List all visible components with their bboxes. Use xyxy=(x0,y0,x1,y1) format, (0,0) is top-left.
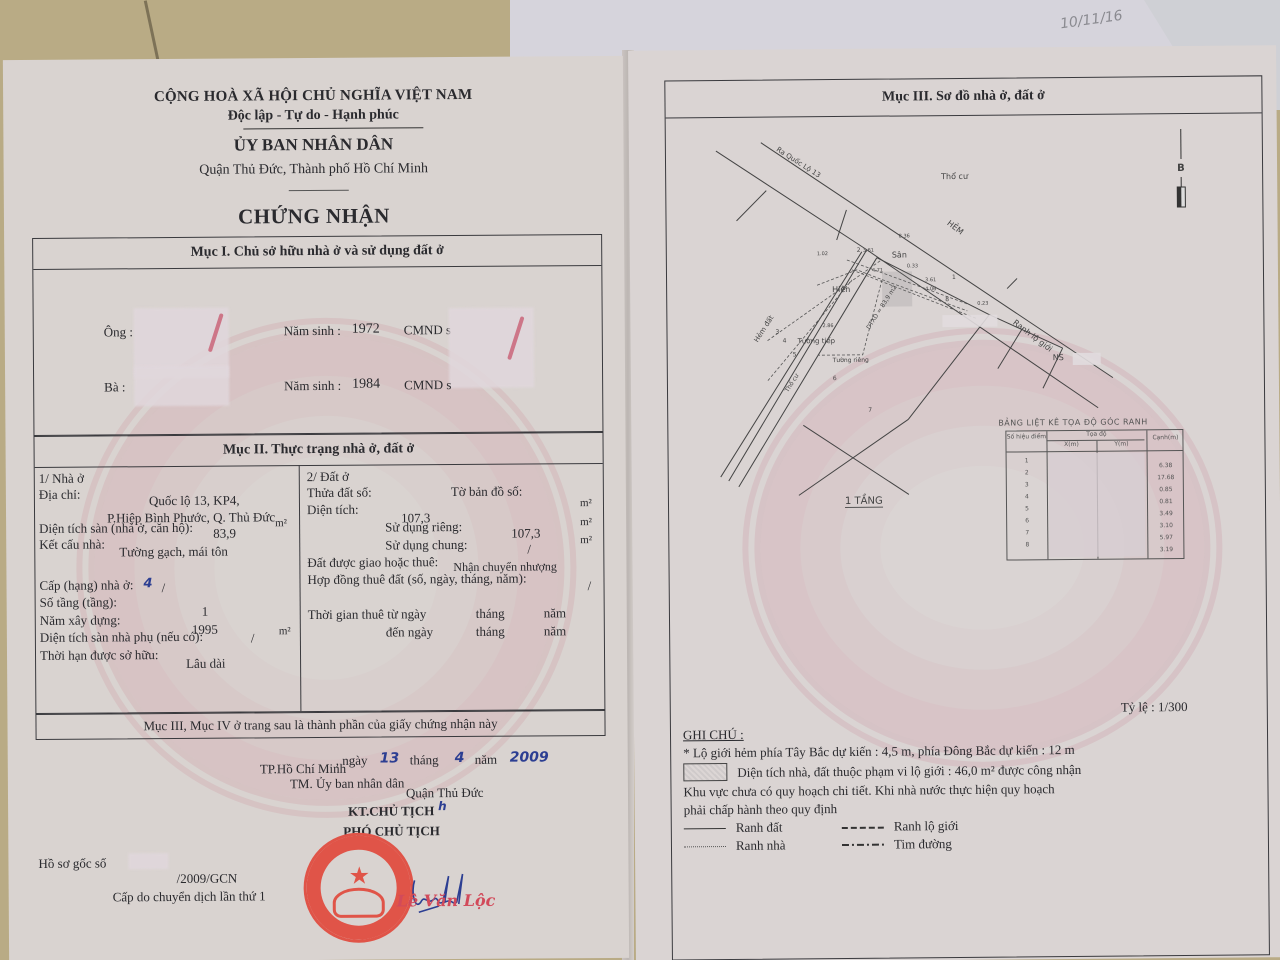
legend-dotted-line xyxy=(684,846,726,847)
road-label: Ra Quốc Lộ 13 xyxy=(775,145,822,179)
record-label: Hồ sơ gốc số xyxy=(38,855,106,871)
section-property-title: Mục II. Thực trạng nhà ở, đất ở xyxy=(35,440,603,460)
svg-text:Tường tiếp: Tường tiếp xyxy=(797,337,836,345)
legend-house-boundary: Ranh nhà xyxy=(736,838,786,854)
coord-row-point: 5 xyxy=(1007,505,1047,512)
note-line4: phải chấp hành theo quy định xyxy=(684,801,838,818)
svg-text:7: 7 xyxy=(868,407,872,414)
crest-icon xyxy=(333,888,385,918)
year-label: năm xyxy=(475,752,498,768)
initials: h xyxy=(438,799,447,813)
header-divider xyxy=(289,190,349,191)
shared-use-value: / xyxy=(527,542,531,558)
record-number-redacted xyxy=(128,853,168,869)
floors-value: 1 xyxy=(202,604,209,620)
owner2-prefix: Bà : xyxy=(104,379,125,395)
coord-row-length: 3.10 xyxy=(1147,522,1185,529)
coord-row-point: 3 xyxy=(1007,481,1047,488)
section-owners-title: Mục I. Chủ sở hữu nhà ở và sử dụng đất ở xyxy=(33,242,601,262)
coord-row-length: 0.81 xyxy=(1147,498,1185,505)
signer-name: Lê Văn Lộc xyxy=(397,891,496,911)
svg-text:HẺM: HẺM xyxy=(945,217,966,237)
owner2-name-redacted xyxy=(134,366,229,407)
house-heading: 1/ Nhà ở xyxy=(39,471,84,487)
certificate-title: CHỨNG NHẬN xyxy=(4,202,624,231)
svg-text:3.61: 3.61 xyxy=(863,248,874,254)
section-diagram: Mục III. Sơ đồ nhà ở, đất ở B xyxy=(664,75,1270,960)
svg-text:1.02: 1.02 xyxy=(817,251,828,257)
coord-row-length: 17.68 xyxy=(1147,474,1185,481)
aux-area-unit: m² xyxy=(279,625,291,637)
day-label: , ngày xyxy=(336,753,368,769)
coord-table-title: BẢNG LIỆT KÊ TỌA ĐỘ GÓC RANH xyxy=(998,417,1147,427)
structure-label: Kết cấu nhà: xyxy=(39,536,105,552)
legend-road-boundary: Ranh lộ giới xyxy=(894,818,959,835)
lease-contract-value: / xyxy=(587,578,591,594)
svg-text:Thổ cư: Thổ cư xyxy=(783,372,801,395)
coord-row-length: 6.38 xyxy=(1147,462,1185,469)
col-length-header: Cạnh(m) xyxy=(1146,434,1184,441)
coords-redacted xyxy=(1049,452,1146,557)
coord-row-point: 6 xyxy=(1007,517,1047,524)
certificate-left-page: CỘNG HOÀ XÃ HỘI CHỦ NGHĨA VIỆT NAM Độc l… xyxy=(3,56,629,960)
svg-text:5: 5 xyxy=(793,351,797,358)
scale: Tỷ lệ : 1/300 xyxy=(1121,699,1188,716)
shared-use-unit: m² xyxy=(580,534,592,546)
private-use-value: 107,3 xyxy=(511,525,540,541)
private-use-label: Sử dụng riêng: xyxy=(385,519,462,536)
owner1-prefix: Ông : xyxy=(104,324,133,340)
floors-label: 1 TẦNG xyxy=(845,496,883,508)
aux-area-value: / xyxy=(251,630,255,646)
notes-heading: GHI CHÚ : xyxy=(683,727,744,744)
legend-solid-line xyxy=(684,828,726,829)
coord-row-point: 8 xyxy=(1007,541,1047,548)
lease-to-month: tháng xyxy=(476,624,505,640)
ownership-term-label: Thời hạn được sở hữu: xyxy=(40,647,159,664)
star-icon: ★ xyxy=(348,862,370,891)
legend-dash-dot-line xyxy=(842,842,884,848)
note-line3: Khu vực chưa có quy hoạch chi tiết. Khi … xyxy=(683,781,1054,800)
legend-road-center: Tim đường xyxy=(894,836,952,853)
floors-label: Số tầng (tầng): xyxy=(40,594,117,611)
footer-note: Mục III, Mục IV ở trang sau là thành phầ… xyxy=(36,715,604,735)
district-title: Quận Thủ Đức, Thành phố Hồ Chí Minh xyxy=(4,160,624,180)
allocation-label: Đất được giao hoặc thuê: xyxy=(307,554,438,571)
coord-row-length: 5.97 xyxy=(1147,534,1185,541)
note-line2: Diện tích nhà, đất thuộc phạm vi lộ giới… xyxy=(737,762,1081,781)
floor-area-label: Diện tích sàn (nhà ở, căn hộ): xyxy=(39,520,193,537)
desk-seam xyxy=(144,0,159,59)
owner2-id-label: CMND s xyxy=(404,377,451,393)
grade-label: Cấp (hạng) nhà ở: xyxy=(39,577,133,594)
month-value: 4 xyxy=(455,750,465,766)
lease-from-year: năm xyxy=(544,605,567,621)
committee-title: ỦY BAN NHÂN DÂN xyxy=(3,133,623,157)
svg-text:Hiên: Hiên xyxy=(832,284,850,294)
lease-contract-label: Hợp đồng thuê đất (số, ngày, tháng, năm)… xyxy=(307,571,526,589)
certificate-right-page: Mục III. Sơ đồ nhà ở, đất ở B xyxy=(628,45,1280,960)
col-coords-header: Tọa độ xyxy=(1046,430,1146,438)
coord-row-length: 3.19 xyxy=(1147,546,1185,553)
lease-from-month: tháng xyxy=(476,606,505,622)
col-x-header: X(m) xyxy=(1046,441,1096,448)
year-built-label: Năm xây dựng: xyxy=(40,612,121,629)
aux-area-label: Diện tích sàn nhà phụ (nếu có): xyxy=(40,629,203,646)
owner1-id-label: CMND s xyxy=(404,322,451,338)
parcel-label: Thửa đất số: xyxy=(307,485,372,501)
svg-text:NS: NS xyxy=(1053,353,1064,362)
for-chairman: KT.CHỦ TỊCH xyxy=(348,803,434,820)
svg-text:8.36: 8.36 xyxy=(899,233,910,239)
coord-row-point: 4 xyxy=(1007,493,1047,500)
day-value: 13 xyxy=(380,750,400,766)
col-point-header: Số hiệu điểm xyxy=(1006,431,1046,440)
svg-text:Hẻm đất: Hẻm đất xyxy=(753,314,776,344)
address-label: Địa chỉ: xyxy=(39,487,81,503)
floor-area-unit: m² xyxy=(275,517,287,529)
land-area-label: Diện tích: xyxy=(307,502,359,518)
boundary-area-swatch xyxy=(683,763,727,781)
transfer-note: Cấp do chuyển dịch lần thứ 1 xyxy=(113,888,266,905)
coord-row-length: 0.85 xyxy=(1147,486,1185,493)
owner1-birth-year: 1972 xyxy=(352,322,380,338)
coord-row-point: 7 xyxy=(1007,529,1047,536)
note-line1: * Lộ giới hẻm phía Tây Bắc dự kiến : 4,5… xyxy=(683,742,1075,761)
svg-text:Thổ cư: Thổ cư xyxy=(940,171,969,181)
svg-text:1: 1 xyxy=(952,274,956,281)
coord-table: Số hiệu điểm Tọa độ X(m) Y(m) Cạnh(m) 16… xyxy=(1005,429,1184,561)
year-value: 2009 xyxy=(510,749,549,765)
divider xyxy=(35,463,603,468)
owner1-birth-label: Năm sinh : xyxy=(284,323,341,339)
svg-text:0.23: 0.23 xyxy=(977,301,988,307)
legend-dashed-line xyxy=(842,827,884,829)
section-owners: Mục I. Chủ sở hữu nhà ở và sử dụng đất ở… xyxy=(32,234,603,436)
svg-text:Sân: Sân xyxy=(892,250,907,259)
grade-value: 4 xyxy=(143,576,152,591)
private-use-unit: m² xyxy=(580,516,592,528)
svg-text:0.33: 0.33 xyxy=(907,263,918,269)
svg-text:4: 4 xyxy=(783,337,787,344)
owner2-birth-label: Năm sinh : xyxy=(284,378,341,394)
record-number: /2009/GCN xyxy=(177,871,238,887)
svg-text:2.86: 2.86 xyxy=(822,323,833,329)
month-label: tháng xyxy=(410,752,439,768)
svg-text:3: 3 xyxy=(775,329,779,336)
legend-land-boundary: Ranh đất xyxy=(736,820,783,836)
svg-text:Tường riêng: Tường riêng xyxy=(832,357,869,364)
lease-from-label: Thời gian thuê từ ngày xyxy=(308,606,427,623)
motto-underline xyxy=(243,127,423,129)
coord-row-point: 1 xyxy=(1007,457,1047,464)
ownership-term-value: Lâu dài xyxy=(186,656,225,672)
national-motto: Độc lập - Tự do - Hạnh phúc xyxy=(3,106,623,126)
coord-row-point: 2 xyxy=(1007,469,1047,476)
footer-note-box: Mục III, Mục IV ở trang sau là thành phầ… xyxy=(35,710,605,740)
coord-row-length: 3.49 xyxy=(1147,510,1185,517)
map-sheet-label: Tờ bản đồ số: xyxy=(451,484,523,500)
floor-area-value: 83,9 xyxy=(213,526,236,542)
republic-title: CỘNG HOÀ XÃ HỘI CHỦ NGHĨA VIỆT NAM xyxy=(3,86,623,107)
svg-text:4.06: 4.06 xyxy=(925,286,936,292)
divider xyxy=(33,265,601,270)
section-property: Mục II. Thực trạng nhà ở, đất ở 1/ Nhà ở… xyxy=(33,432,605,714)
grade-mark: / xyxy=(161,580,165,596)
shared-use-label: Sử dụng chung: xyxy=(385,537,467,554)
owner2-birth-year: 1984 xyxy=(352,377,380,393)
divider xyxy=(299,465,302,711)
land-area-unit: m² xyxy=(580,497,592,509)
structure-value: Tường gạch, mái tôn xyxy=(119,544,228,561)
on-behalf: TM. Ủy ban nhân dân xyxy=(290,775,405,792)
col-y-header: Y(m) xyxy=(1096,440,1146,447)
land-heading: 2/ Đất ở xyxy=(307,469,349,485)
svg-text:DTXD = 83,9 m2: DTXD = 83,9 m2 xyxy=(865,284,898,331)
svg-text:2: 2 xyxy=(857,247,861,254)
svg-text:3.61: 3.61 xyxy=(925,277,936,283)
lease-to-year: năm xyxy=(544,623,567,639)
svg-text:8: 8 xyxy=(945,296,949,303)
official-seal: ★ xyxy=(303,832,414,943)
lease-to-label: đến ngày xyxy=(386,624,433,640)
svg-text:6: 6 xyxy=(833,375,837,382)
svg-text:4.71: 4.71 xyxy=(872,268,883,274)
address-line1: Quốc lộ 13, KP4, xyxy=(149,493,240,510)
